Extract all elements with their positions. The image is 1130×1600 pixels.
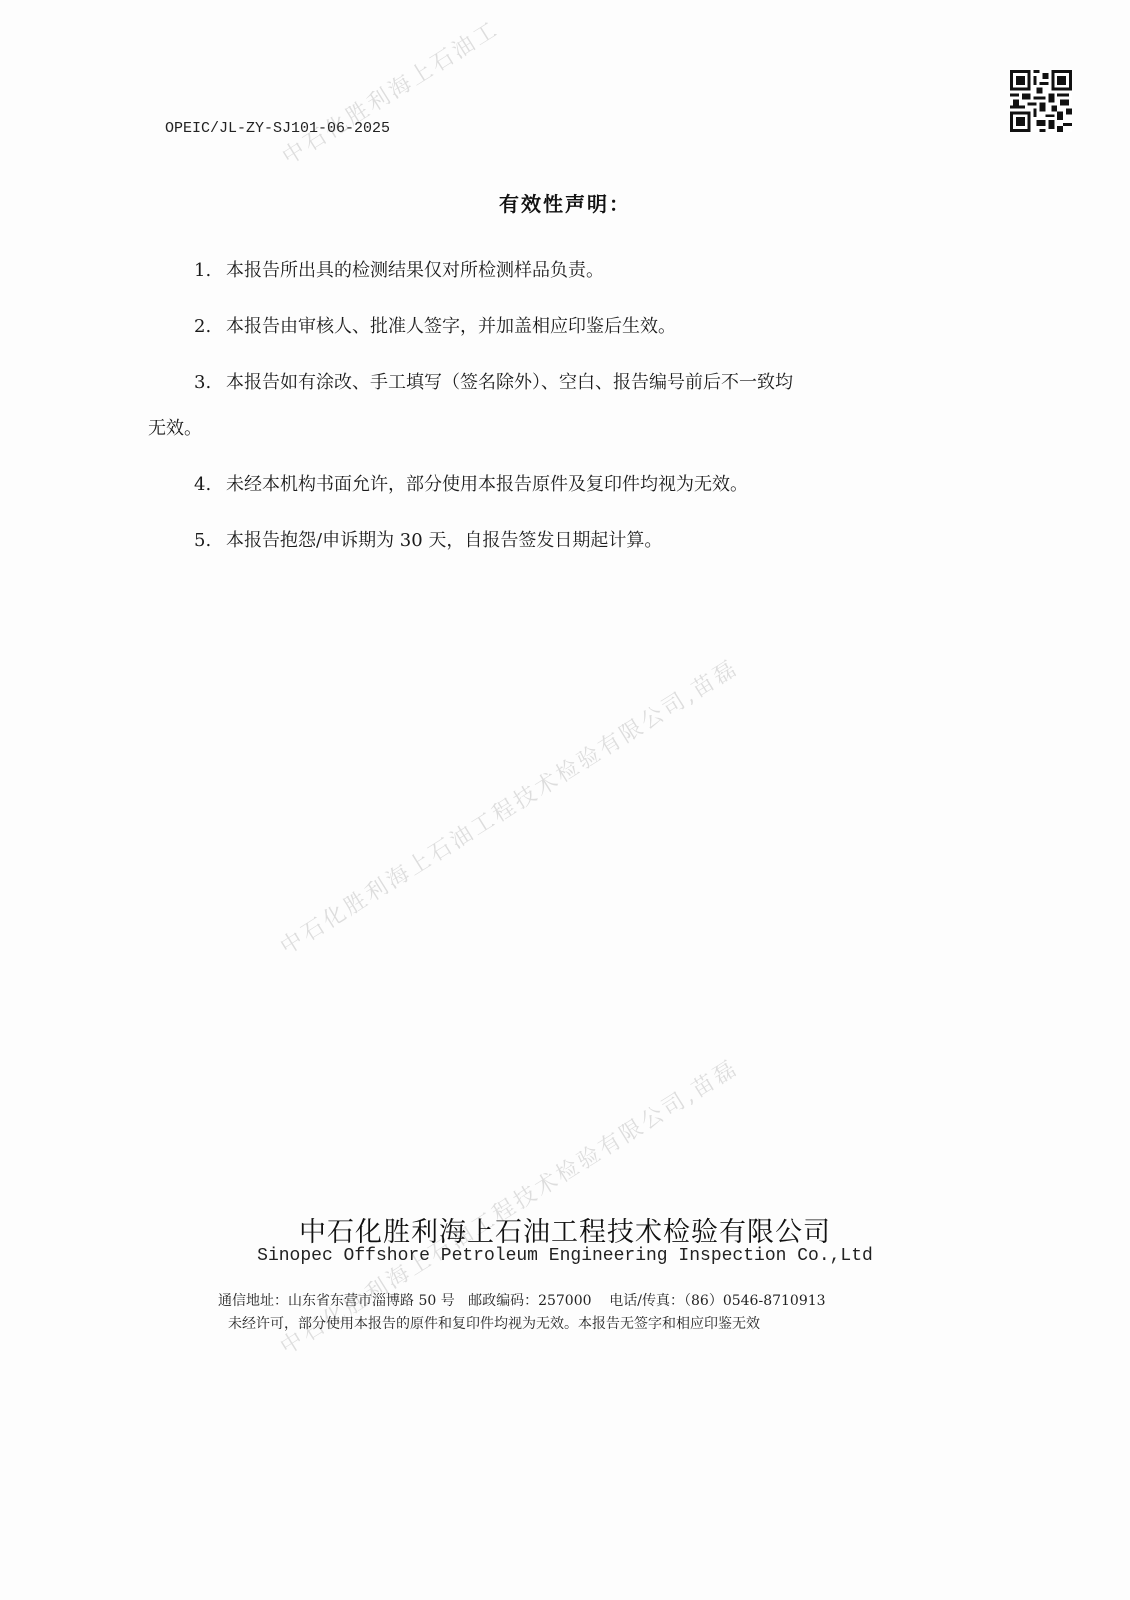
- item-number: 3.: [194, 370, 226, 396]
- page-title: 有效性声明：: [0, 188, 1130, 217]
- item-text-continued: 无效。: [148, 416, 888, 442]
- list-item: 3.本报告如有涂改、手工填写（签名除外）、空白、报告编号前后不一致均 无效。: [148, 370, 888, 442]
- qr-code-icon: [1010, 70, 1072, 132]
- item-text: 本报告所出具的检测结果仅对所检测样品负责。: [226, 260, 604, 281]
- document-code: OPEIC/JL-ZY-SJ101-06-2025: [165, 120, 390, 137]
- list-item: 4.未经本机构书面允许，部分使用本报告原件及复印件均视为无效。: [148, 472, 888, 498]
- company-name-cn: 中石化胜利海上石油工程技术检验有限公司: [0, 1210, 1130, 1249]
- watermark-middle: 中石化胜利海上石油工程技术检验有限公司,苗磊: [274, 651, 744, 961]
- validity-statement-list: 1.本报告所出具的检测结果仅对所检测样品负责。 2.本报告由审核人、批准人签字，…: [148, 258, 888, 584]
- item-number: 4.: [194, 472, 226, 498]
- item-text: 本报告由审核人、批准人签字，并加盖相应印鉴后生效。: [226, 316, 676, 337]
- usage-notice: 未经许可，部分使用本报告的原件和复印件均视为无效。本报告无签字和相应印鉴无效: [228, 1313, 760, 1333]
- watermark-top: 中石化胜利海上石油工: [276, 12, 504, 171]
- item-text: 未经本机构书面允许，部分使用本报告原件及复印件均视为无效。: [226, 474, 748, 495]
- company-name-en: Sinopec Offshore Petroleum Engineering I…: [0, 1246, 1130, 1266]
- list-item: 5.本报告抱怨/申诉期为 30 天，自报告签发日期起计算。: [148, 528, 888, 554]
- item-text: 本报告抱怨/申诉期为 30 天，自报告签发日期起计算。: [226, 530, 662, 551]
- item-number: 5.: [194, 528, 226, 554]
- item-number: 1.: [194, 258, 226, 284]
- contact-info: 通信地址：山东省东营市淄博路 50 号 邮政编码：257000 电话/传真：（8…: [218, 1290, 826, 1310]
- item-text: 本报告如有涂改、手工填写（签名除外）、空白、报告编号前后不一致均: [226, 372, 793, 393]
- list-item: 2.本报告由审核人、批准人签字，并加盖相应印鉴后生效。: [148, 314, 888, 340]
- list-item: 1.本报告所出具的检测结果仅对所检测样品负责。: [148, 258, 888, 284]
- item-number: 2.: [194, 314, 226, 340]
